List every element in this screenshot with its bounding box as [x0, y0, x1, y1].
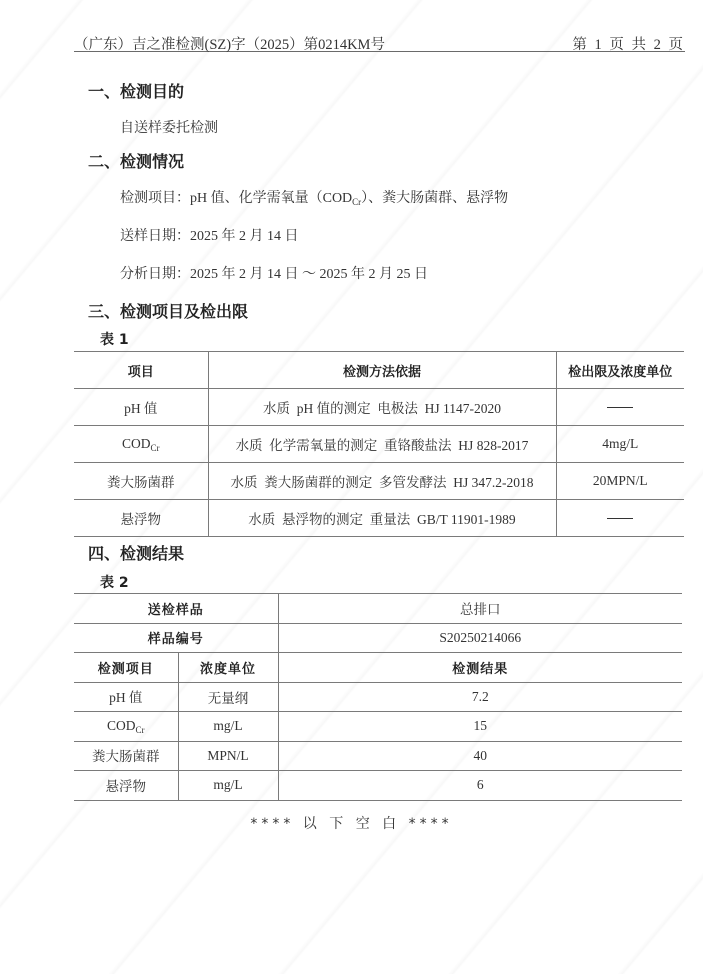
- sample-id-label: 样品编号: [74, 623, 278, 653]
- table2-item-cell: 悬浮物: [74, 771, 178, 801]
- sample-value: 总排口: [278, 594, 682, 624]
- table-row: CODCr 水质 化学需氧量的测定 重铬酸盐法 HJ 828-2017 4mg/…: [74, 426, 684, 463]
- table1-item-cell: 悬浮物: [74, 500, 208, 537]
- table1-method-cell: 水质 化学需氧量的测定 重铬酸盐法 HJ 828-2017: [208, 426, 556, 463]
- table2-result-cell: 40: [278, 741, 682, 771]
- table2-header-item: 检测项目: [74, 653, 178, 683]
- page-header: （广东）吉之准检测(SZ)字（2025）第0214KM号 第 1 页 共 2 页: [74, 0, 685, 52]
- page-indicator: 第 1 页 共 2 页: [572, 33, 685, 54]
- table1-item-cell: CODCr: [74, 426, 208, 463]
- section-title-situation: 二、检测情况: [88, 149, 184, 172]
- table1-limit-cell: [556, 389, 684, 426]
- table2-result-cell: 6: [278, 771, 682, 801]
- end-of-content-mark: **** 以 下 空 白 ****: [0, 813, 703, 833]
- table1-header-row: 项目 检测方法依据 检出限及浓度单位: [74, 352, 684, 389]
- test-items-post: ）、粪大肠菌群、悬浮物: [361, 191, 508, 206]
- table2-result-cell: 7.2: [278, 682, 682, 712]
- item-name: 粪大肠菌群: [92, 749, 160, 764]
- table1-caption: 表 1: [100, 329, 129, 349]
- table1-item-cell: pH 值: [74, 389, 208, 426]
- table1-item-cell: 粪大肠菌群: [74, 463, 208, 500]
- item-sub: Cr: [151, 443, 160, 453]
- sample-row: 送检样品 总排口: [74, 594, 682, 624]
- analysis-date: 分析日期：2025 年 2 月 14 日 ～ 2025 年 2 月 25 日: [120, 263, 428, 283]
- section-title-results: 四、检测结果: [88, 541, 184, 564]
- section-title-items-limits: 三、检测项目及检出限: [88, 299, 248, 322]
- test-items-pre: pH 值、化学需氧量（COD: [190, 191, 352, 206]
- sample-id-value: S20250214066: [278, 623, 682, 653]
- table1-header-limit: 检出限及浓度单位: [556, 352, 684, 389]
- table1-limit-cell: [556, 500, 684, 537]
- table2-caption: 表 2: [100, 572, 129, 592]
- item-name: pH 值: [109, 690, 142, 705]
- table2-unit-cell: mg/L: [178, 771, 278, 801]
- item-name: 悬浮物: [106, 779, 147, 794]
- results-table: 送检样品 总排口 样品编号 S20250214066 检测项目 浓度单位 检测结…: [74, 593, 682, 801]
- table-row: pH 值 水质 pH 值的测定 电极法 HJ 1147-2020: [74, 389, 684, 426]
- table-row: CODCr mg/L 15: [74, 712, 682, 742]
- table1-header-item: 项目: [74, 352, 208, 389]
- table1-header-method: 检测方法依据: [208, 352, 556, 389]
- sample-id-row: 样品编号 S20250214066: [74, 623, 682, 653]
- item-name: COD: [122, 436, 151, 451]
- test-items-line: 检测项目：pH 值、化学需氧量（CODCr）、粪大肠菌群、悬浮物: [120, 187, 508, 207]
- dash-placeholder: [607, 407, 633, 408]
- item-name: 悬浮物: [121, 512, 162, 527]
- delivery-date: 送样日期：2025 年 2 月 14 日: [120, 225, 299, 245]
- table2-item-cell: 粪大肠菌群: [74, 741, 178, 771]
- table2-header-row: 检测项目 浓度单位 检测结果: [74, 653, 682, 683]
- table1-method-cell: 水质 悬浮物的测定 重量法 GB/T 11901-1989: [208, 500, 556, 537]
- purpose-text: 自送样委托检测: [120, 117, 218, 137]
- table1-limit-cell: 20MPN/L: [556, 463, 684, 500]
- table2-result-cell: 15: [278, 712, 682, 742]
- table2-header-unit: 浓度单位: [178, 653, 278, 683]
- item-name: 粪大肠菌群: [107, 475, 175, 490]
- sample-label: 送检样品: [74, 594, 278, 624]
- table-row: 粪大肠菌群 MPN/L 40: [74, 741, 682, 771]
- table2-item-cell: CODCr: [74, 712, 178, 742]
- test-items-sub: Cr: [352, 197, 361, 207]
- section-title-purpose: 一、检测目的: [88, 79, 184, 102]
- detection-limits-table: 项目 检测方法依据 检出限及浓度单位 pH 值 水质 pH 值的测定 电极法 H…: [74, 351, 684, 537]
- table2-unit-cell: MPN/L: [178, 741, 278, 771]
- table2-item-cell: pH 值: [74, 682, 178, 712]
- table2-unit-cell: 无量纲: [178, 682, 278, 712]
- table-row: 悬浮物 mg/L 6: [74, 771, 682, 801]
- dash-placeholder: [607, 518, 633, 519]
- item-name: COD: [107, 718, 136, 733]
- table1-limit-cell: 4mg/L: [556, 426, 684, 463]
- item-sub: Cr: [136, 725, 145, 735]
- test-items-label: 检测项目：: [120, 191, 190, 206]
- table-row: pH 值 无量纲 7.2: [74, 682, 682, 712]
- table2-unit-cell: mg/L: [178, 712, 278, 742]
- table2-header-result: 检测结果: [278, 653, 682, 683]
- table1-method-cell: 水质 粪大肠菌群的测定 多管发酵法 HJ 347.2-2018: [208, 463, 556, 500]
- report-number: （广东）吉之准检测(SZ)字（2025）第0214KM号: [74, 33, 385, 54]
- item-name: pH 值: [124, 401, 157, 416]
- table1-method-cell: 水质 pH 值的测定 电极法 HJ 1147-2020: [208, 389, 556, 426]
- table-row: 悬浮物 水质 悬浮物的测定 重量法 GB/T 11901-1989: [74, 500, 684, 537]
- table-row: 粪大肠菌群 水质 粪大肠菌群的测定 多管发酵法 HJ 347.2-2018 20…: [74, 463, 684, 500]
